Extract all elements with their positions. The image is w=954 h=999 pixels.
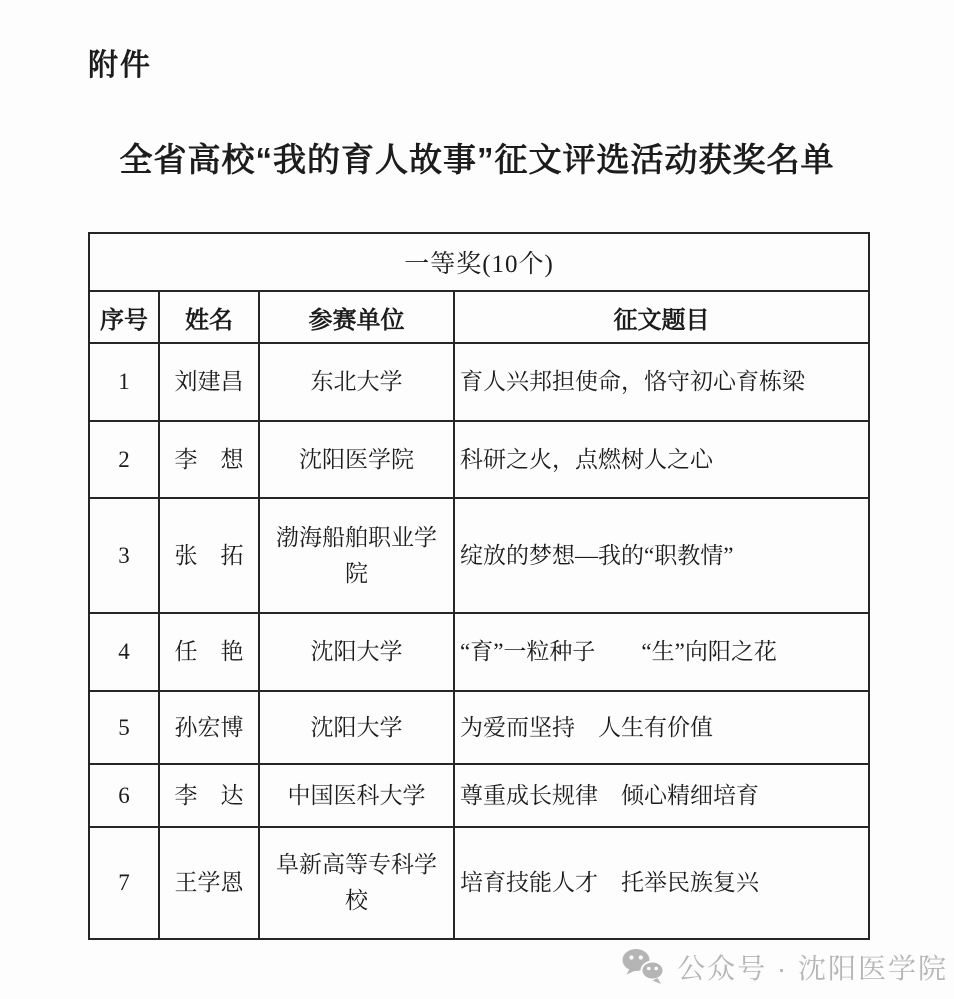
cell-title: 绽放的梦想—我的“职教情” xyxy=(454,498,869,613)
cell-unit: 东北大学 xyxy=(259,343,454,421)
table-row: 5 孙宏博 沈阳大学 为爱而坚持 人生有价值 xyxy=(89,691,869,764)
cell-unit: 渤海船舶职业学院 xyxy=(259,498,454,613)
award-table: 一等奖(10个) 序号 姓名 参赛单位 征文题目 1 刘建昌 东北大学 育人兴邦… xyxy=(88,232,870,940)
col-header-title: 征文题目 xyxy=(454,291,869,343)
table-row: 1 刘建昌 东北大学 育人兴邦担使命，恪守初心育栋梁 xyxy=(89,343,869,421)
table-row: 4 任 艳 沈阳大学 “育”一粒种子 “生”向阳之花 xyxy=(89,613,869,691)
watermark-text: 公众号 · 沈阳医学院 xyxy=(677,947,948,987)
table-row: 7 王学恩 阜新高等专科学校 培育技能人才 托举民族复兴 xyxy=(89,827,869,939)
cell-title: 科研之火，点燃树人之心 xyxy=(454,421,869,498)
table-row: 6 李 达 中国医科大学 尊重成长规律 倾心精细培育 xyxy=(89,764,869,827)
cell-unit: 阜新高等专科学校 xyxy=(259,827,454,939)
cell-unit: 沈阳大学 xyxy=(259,613,454,691)
cell-name: 王学恩 xyxy=(159,827,259,939)
table-header-row: 序号 姓名 参赛单位 征文题目 xyxy=(89,291,869,343)
cell-title: 培育技能人才 托举民族复兴 xyxy=(454,827,869,939)
cell-title: “育”一粒种子 “生”向阳之花 xyxy=(454,613,869,691)
cell-name: 孙宏博 xyxy=(159,691,259,764)
wechat-icon xyxy=(621,947,667,987)
cell-name: 张 拓 xyxy=(159,498,259,613)
cell-no: 5 xyxy=(89,691,159,764)
col-header-no: 序号 xyxy=(89,291,159,343)
cell-title: 尊重成长规律 倾心精细培育 xyxy=(454,764,869,827)
cell-no: 7 xyxy=(89,827,159,939)
table-group-header: 一等奖(10个) xyxy=(89,233,869,291)
cell-name: 任 艳 xyxy=(159,613,259,691)
cell-unit: 中国医科大学 xyxy=(259,764,454,827)
table-group-row: 一等奖(10个) xyxy=(89,233,869,291)
attachment-label: 附件 xyxy=(88,40,152,84)
cell-name: 李 想 xyxy=(159,421,259,498)
cell-unit: 沈阳大学 xyxy=(259,691,454,764)
cell-unit: 沈阳医学院 xyxy=(259,421,454,498)
cell-no: 2 xyxy=(89,421,159,498)
footer-watermark: 公众号 · 沈阳医学院 xyxy=(621,938,948,996)
page-title: 全省高校“我的育人故事”征文评选活动获奖名单 xyxy=(0,134,954,181)
cell-no: 1 xyxy=(89,343,159,421)
col-header-name: 姓名 xyxy=(159,291,259,343)
cell-no: 4 xyxy=(89,613,159,691)
table-row: 2 李 想 沈阳医学院 科研之火，点燃树人之心 xyxy=(89,421,869,498)
cell-name: 刘建昌 xyxy=(159,343,259,421)
col-header-unit: 参赛单位 xyxy=(259,291,454,343)
cell-title: 育人兴邦担使命，恪守初心育栋梁 xyxy=(454,343,869,421)
cell-title: 为爱而坚持 人生有价值 xyxy=(454,691,869,764)
cell-no: 6 xyxy=(89,764,159,827)
cell-no: 3 xyxy=(89,498,159,613)
table-row: 3 张 拓 渤海船舶职业学院 绽放的梦想—我的“职教情” xyxy=(89,498,869,613)
cell-name: 李 达 xyxy=(159,764,259,827)
